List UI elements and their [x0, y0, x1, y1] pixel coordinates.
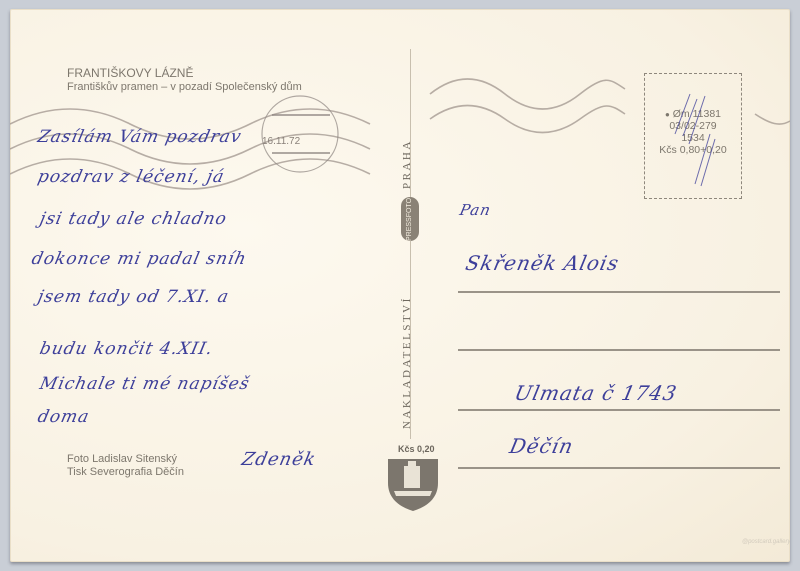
publisher-city: PRAHA	[401, 139, 413, 189]
front-caption-title: FRANTIŠKOVY LÁZNĚ	[67, 67, 193, 80]
tax-stamp: Kčs 0,20	[374, 441, 452, 513]
address-salutation: Pan	[458, 201, 493, 219]
photo-credit: Foto Ladislav Sitenský	[67, 453, 177, 466]
pressfoto-logo: PRESSFOTO	[401, 197, 419, 241]
address-line-1	[458, 291, 780, 293]
tax-stamp-value: Kčs 0,20	[398, 443, 435, 456]
message-line: dokonce mi padal sníh	[30, 249, 249, 269]
stamp-box: ● Øm 11381 03/02-279 1534 Kčs 0,80+0,20	[644, 73, 742, 199]
stamp-scribble	[645, 74, 741, 198]
address-street: Ulmata č 1743	[512, 381, 679, 405]
address-line-4	[458, 467, 780, 469]
message-line: pozdrav z léčení, já	[36, 167, 227, 187]
message-line: Michale ti mé napíšeš	[38, 374, 252, 394]
message-line: doma	[36, 407, 92, 427]
message-line: jsi tady ale chladno	[38, 209, 229, 229]
pressfoto-label: PRESSFOTO	[407, 197, 414, 240]
message-line: budu končit 4.XII.	[38, 339, 215, 359]
postmark-date: 16.11.72	[262, 135, 300, 148]
postcard: 16.11.72 FRANTIŠKOVY LÁZNĚ Františkův pr…	[10, 9, 790, 562]
message-line: Zasílám Vám pozdrav	[36, 127, 244, 147]
address-city: Děčín	[507, 434, 575, 458]
address-name: Skřeněk Alois	[463, 251, 621, 275]
front-caption-subtitle: Františkův pramen – v pozadí Společenský…	[67, 81, 302, 94]
signature: Zdeněk	[240, 449, 318, 470]
publisher-text: NAKLADATELSTVÍ	[401, 296, 413, 429]
watermark: @postcard.gallery	[742, 539, 790, 545]
print-credit: Tisk Severografia Děčín	[67, 466, 184, 479]
message-line: jsem tady od 7.XI. a	[36, 287, 231, 307]
address-line-2	[458, 349, 780, 351]
address-line-3	[458, 409, 780, 411]
